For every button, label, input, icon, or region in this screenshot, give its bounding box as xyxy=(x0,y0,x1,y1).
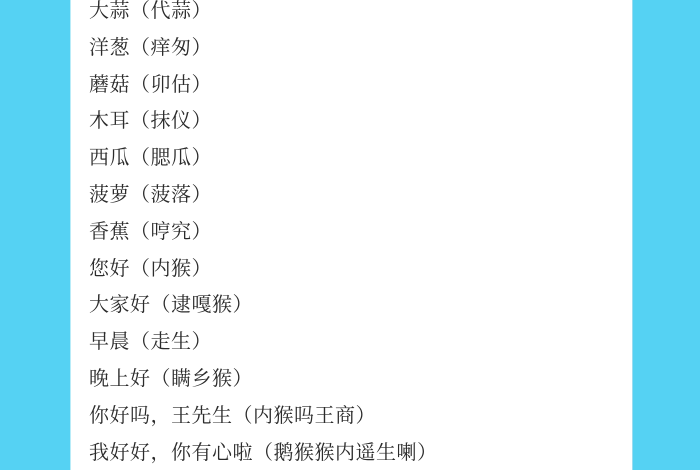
phrase-item-watermelon: 西瓜（腮瓜） xyxy=(89,139,438,176)
phrase-item-mushroom: 蘑菇（卯估） xyxy=(89,66,438,103)
phrase-item-how-are-you: 你好吗，王先生（内猴吗王商） xyxy=(89,397,438,434)
phrase-item-pineapple: 菠萝（菠落） xyxy=(89,176,438,213)
phrase-item-garlic: 大蒜（代蒜） xyxy=(89,0,438,29)
phrase-item-banana: 香蕉（哼究） xyxy=(89,213,438,250)
phrase-list: 大蒜（代蒜） 洋葱（痒匆） 蘑菇（卯估） 木耳（抹仪） 西瓜（腮瓜） 菠萝（菠落… xyxy=(89,0,438,470)
phrase-item-hello-everyone: 大家好（逮嘎猴） xyxy=(89,286,438,323)
phrase-item-good-evening: 晚上好（瞒乡猴） xyxy=(89,360,438,397)
phrase-item-good-morning: 早晨（走生） xyxy=(89,323,438,360)
phrase-item-hello-polite: 您好（内猴） xyxy=(89,250,438,287)
phrase-item-i-am-fine: 我好好，你有心啦（鹅猴猴内遥生喇） xyxy=(89,434,438,470)
phrase-item-onion: 洋葱（痒匆） xyxy=(89,29,438,66)
phrase-item-wood-ear: 木耳（抹仪） xyxy=(89,102,438,139)
